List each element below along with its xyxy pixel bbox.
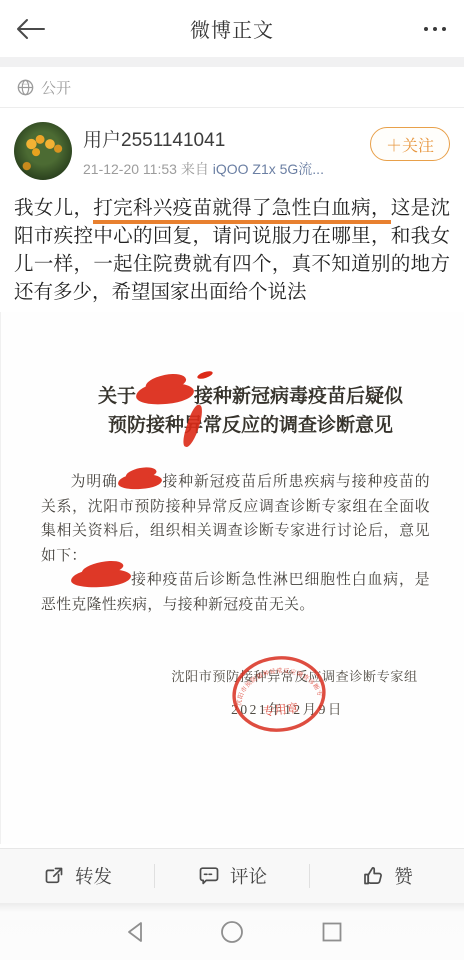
visibility-row: 公开 [0, 67, 464, 108]
back-button[interactable] [10, 12, 50, 46]
document-paragraph-2: 接种疫苗后诊断急性淋巴细胞性白血病，是恶性克隆性疾病，与接种新冠疫苗无关。 [41, 568, 430, 617]
comment-button[interactable]: 评论 [155, 849, 309, 903]
like-button[interactable]: 赞 [310, 849, 464, 903]
document-body: 为明确接种新冠疫苗后所患疾病与接种疫苗的关系，沈阳市预防接种异常反应调查诊断专家… [1, 470, 464, 617]
weibo-post-screen: 微博正文 公开 用户2551141041 21-12-20 11:53 来自 i… [0, 0, 464, 960]
repost-label: 转发 [75, 863, 112, 889]
globe-icon [17, 79, 34, 96]
dot-icon [433, 27, 437, 31]
comment-label: 评论 [230, 863, 267, 889]
like-icon [361, 864, 385, 888]
android-home-icon [220, 920, 244, 944]
dot-icon [424, 27, 428, 31]
repost-icon [42, 864, 66, 888]
user-row: 用户2551141041 21-12-20 11:53 来自 iQOO Z1x … [0, 108, 464, 180]
header-divider-band [0, 57, 464, 67]
repost-button[interactable]: 转发 [0, 849, 154, 903]
post-text: 我女儿，打完科兴疫苗就得了急性白血病，这是沈阳市疾控中心的回复，请问说服力在哪里… [0, 180, 464, 306]
dot-icon [442, 27, 446, 31]
action-bar: 转发 评论 赞 [0, 848, 464, 903]
user-info: 用户2551141041 21-12-20 11:53 来自 iQOO Z1x … [83, 122, 324, 179]
redaction-scribble [118, 473, 163, 490]
android-recents-button[interactable] [319, 920, 345, 944]
redaction-scribble [70, 567, 131, 588]
post-text-underlined: 打完科兴疫苗就得了急性白血病， [93, 197, 390, 224]
source-link[interactable]: iQOO Z1x 5G流... [213, 161, 324, 177]
post-time: 21-12-20 11:53 [83, 161, 177, 177]
post-meta: 21-12-20 11:53 来自 iQOO Z1x 5G流... [83, 159, 324, 179]
android-nav-bar [0, 903, 464, 960]
page-title: 微博正文 [0, 14, 464, 43]
more-options-button[interactable] [420, 18, 450, 40]
user-name[interactable]: 用户2551141041 [83, 125, 324, 152]
stamp-center-text: 专用章 [262, 700, 299, 719]
document-paragraph-1: 为明确接种新冠疫苗后所患疾病与接种疫苗的关系，沈阳市预防接种异常反应调查诊断专家… [41, 470, 430, 568]
android-home-button[interactable] [219, 920, 245, 944]
post-text-start: 我女儿， [14, 197, 93, 219]
official-stamp: 沈阳市预防接种异常反应调查诊断专家组 专用章 [225, 647, 333, 741]
document-title-line2: 预防接种异常反应的调查诊断意见 [19, 411, 464, 440]
title-post: 接种新冠病毒疫苗后疑似 [194, 386, 403, 407]
visibility-label: 公开 [41, 77, 71, 98]
redaction-scribble [135, 381, 194, 406]
back-arrow-icon [15, 18, 45, 40]
document-title-line1: 关于接种新冠病毒疫苗后疑似 [19, 382, 464, 411]
comment-icon [197, 864, 221, 888]
title-pre: 关于 [98, 386, 136, 407]
android-recents-icon [321, 921, 343, 943]
app-bar: 微博正文 [0, 0, 464, 57]
follow-button[interactable]: ＋关注 [370, 127, 450, 161]
avatar[interactable] [14, 122, 72, 180]
android-back-icon [125, 921, 145, 943]
like-label: 赞 [394, 863, 413, 889]
document-title: 关于接种新冠病毒疫苗后疑似 预防接种异常反应的调查诊断意见 [19, 312, 464, 440]
android-back-button[interactable] [122, 920, 148, 944]
from-label: 来自 [181, 161, 209, 177]
attached-document-image[interactable]: 关于接种新冠病毒疫苗后疑似 预防接种异常反应的调查诊断意见 为明确接种新冠疫苗后… [0, 312, 464, 844]
para1-pre: 为明确 [71, 474, 118, 490]
